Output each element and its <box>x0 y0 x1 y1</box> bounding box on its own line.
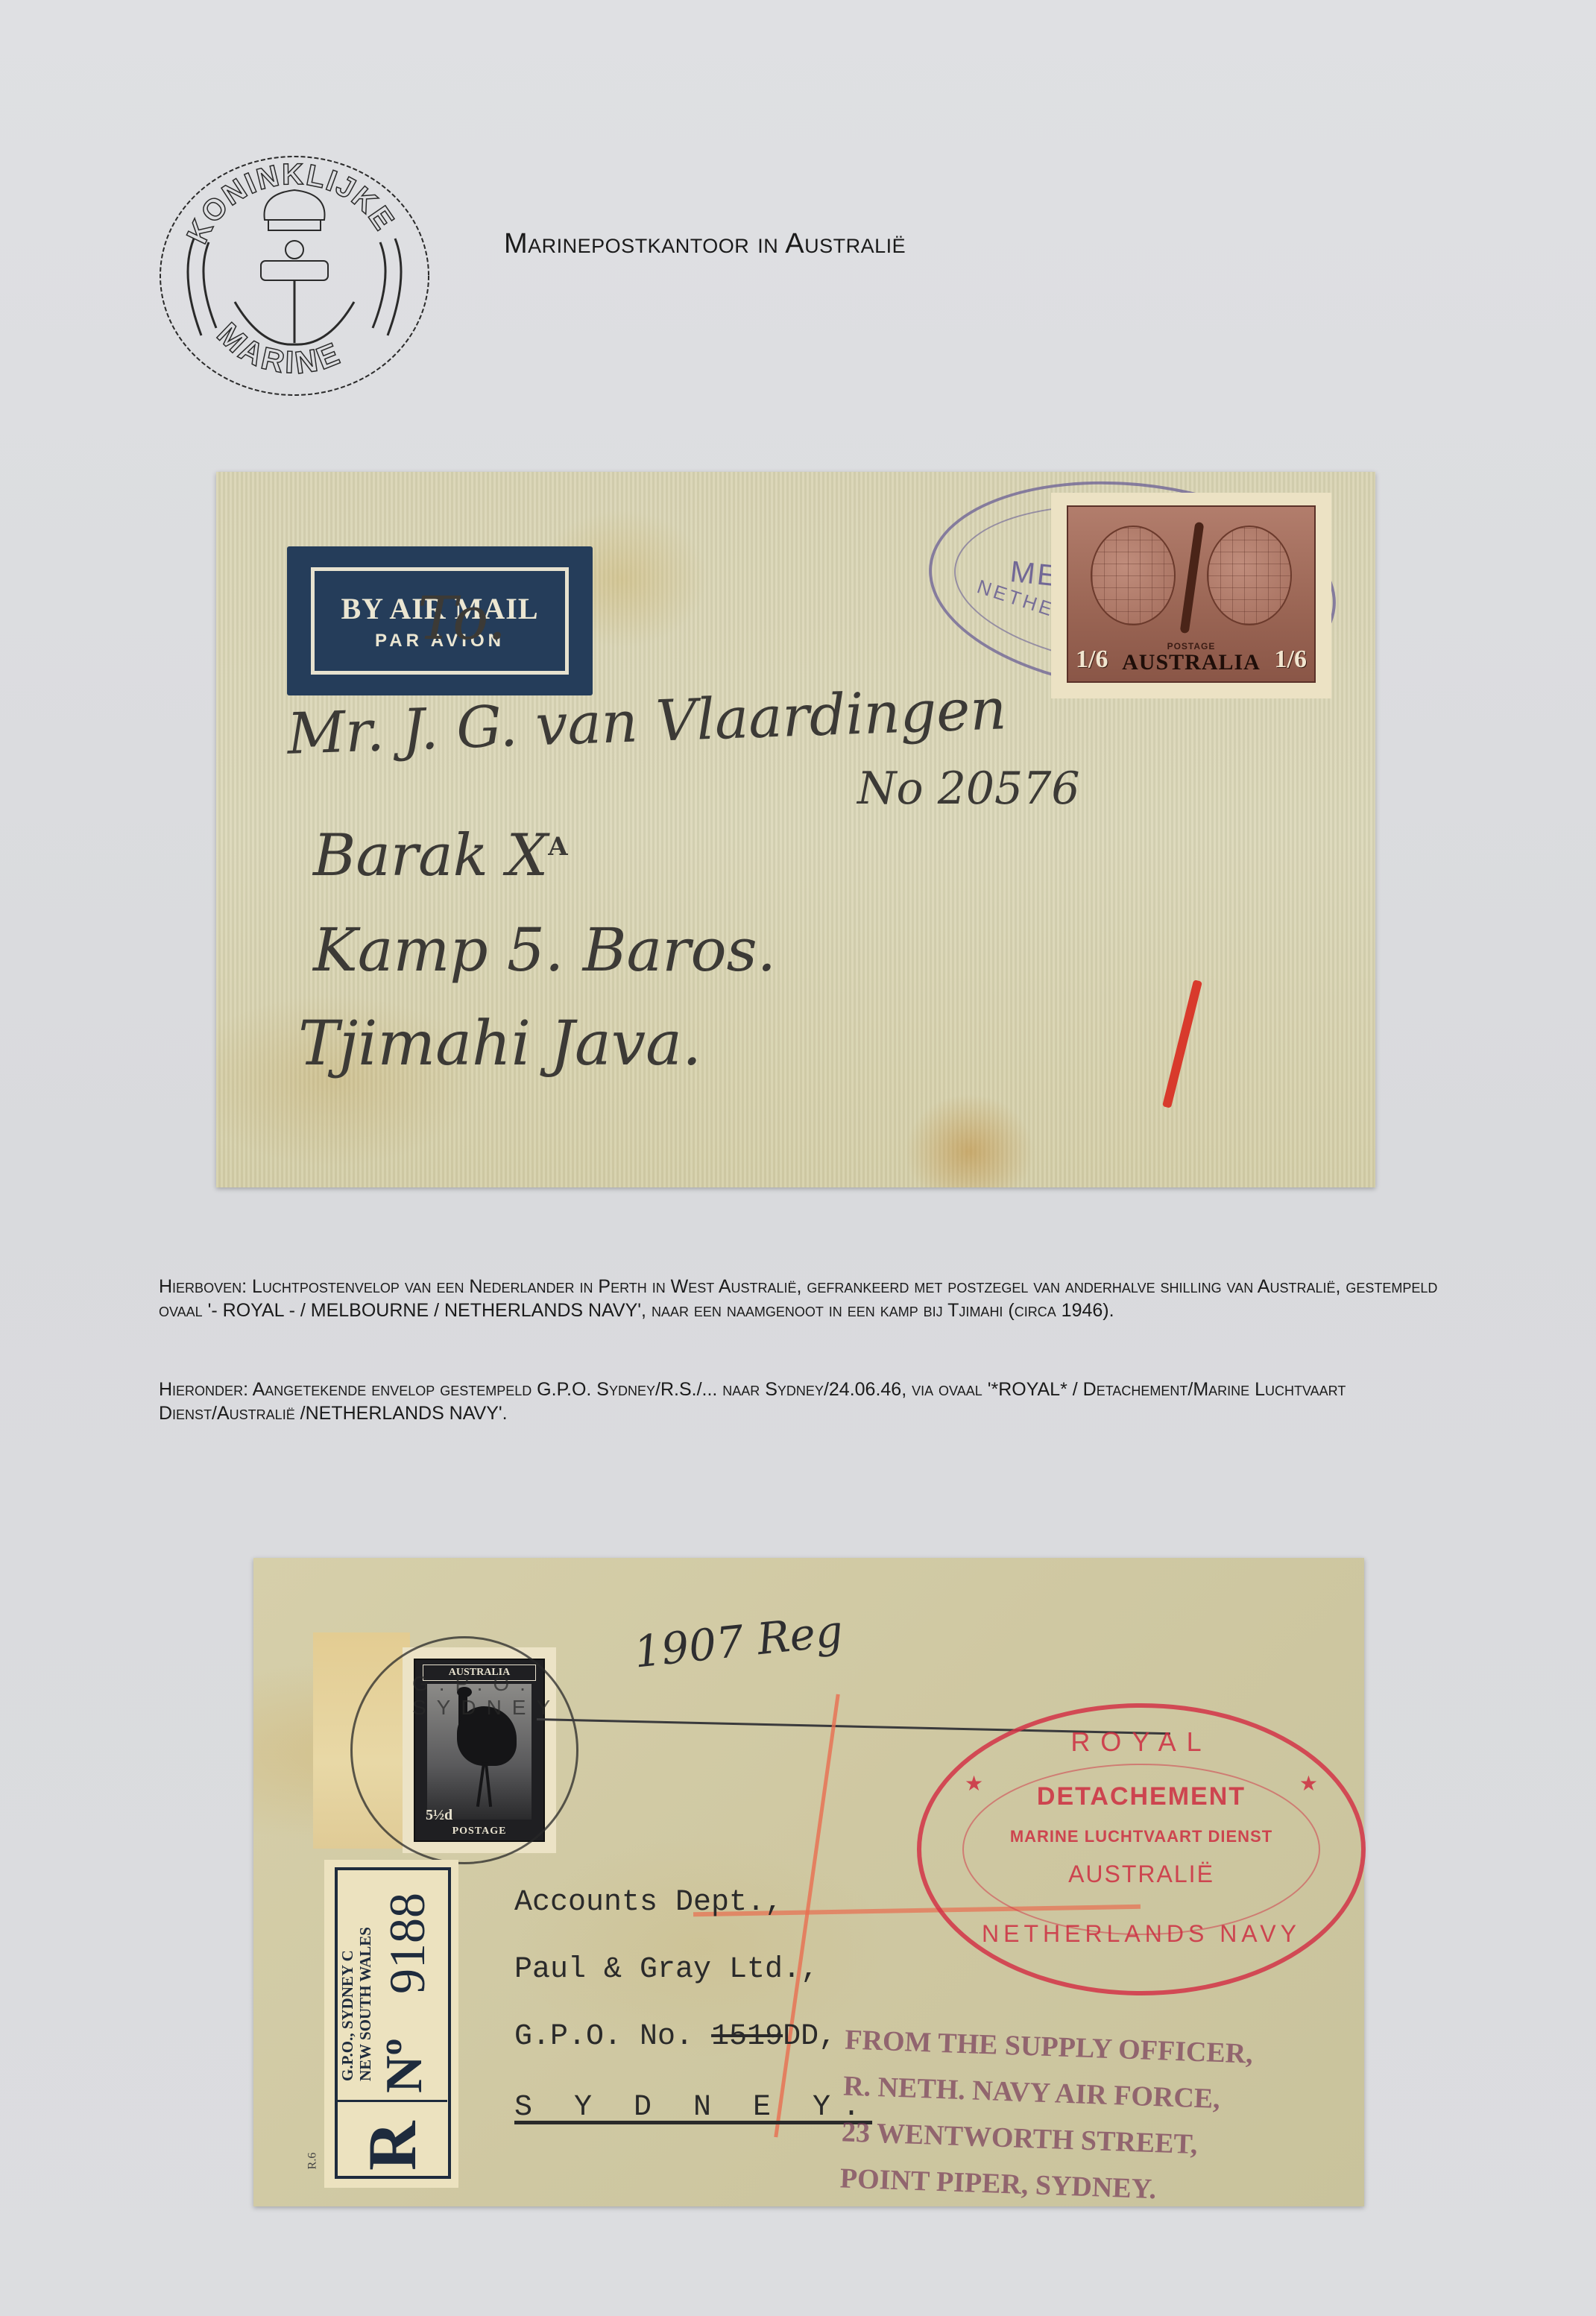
reg-no-prefix: Nº <box>379 2038 431 2093</box>
koninklijke-marine-emblem-icon: KONINKLIJKE MARINE <box>149 149 462 403</box>
svg-text:KONINKLIJKE: KONINKLIJKE <box>180 158 400 248</box>
gpo-no-struck: 1519 <box>711 2020 783 2054</box>
reg-state: NEW SOUTH WALES <box>356 1927 375 2081</box>
oval-detachement-text: DETACHEMENT <box>921 1782 1361 1811</box>
oval-australie-text: AUSTRALIË <box>921 1861 1361 1888</box>
album-page: KONINKLIJKE MARINE Marinepostkantoor in … <box>0 0 1596 2316</box>
address-barak-sup: A <box>548 832 567 862</box>
stamp-country-text: AUSTRALIA <box>1068 650 1314 675</box>
caption-above: Hierboven: Luchtpostenvelop van een Nede… <box>159 1275 1441 1322</box>
return-address-handstamp: FROM THE SUPPLY OFFICER, R. NETH. NAVY A… <box>839 2017 1254 2216</box>
registration-label: R Nº G.P.O., SYDNEY C NEW SOUTH WALES 91… <box>324 1860 458 2188</box>
airmail-cover: BY AIR MAIL PAR AVION ROYAL MELBOURNE NE… <box>216 472 1375 1187</box>
royal-detachement-oval-cancel: ROYAL ★ ★ DETACHEMENT MARINE LUCHTVAART … <box>917 1703 1366 1995</box>
typed-address-line3: G.P.O. No. 1519DD, <box>514 2020 836 2054</box>
typed-address-line2: Paul & Gray Ltd., <box>514 1953 818 1987</box>
reg-office: G.P.O., SYDNEY C <box>338 1950 357 2081</box>
address-barak: Barak XA <box>313 822 568 889</box>
address-number: No 20576 <box>857 763 1080 815</box>
oval-mld-text: MARINE LUCHTVAART DIENST <box>921 1827 1361 1846</box>
reg-number: 9188 <box>382 1893 432 1994</box>
gpo-no-suffix: DD, <box>783 2020 836 2054</box>
address-city: Tjimahi Java. <box>298 1009 701 1079</box>
emblem-top-text: KONINKLIJKE <box>180 158 400 248</box>
svg-text:MARINE: MARINE <box>210 316 347 381</box>
postmark-text: G.P.O. SYDNEY <box>412 1672 576 1720</box>
oval-netherlands-navy-text: NETHERLANDS NAVY <box>921 1920 1361 1948</box>
gpo-sydney-postmark: G.P.O. SYDNEY <box>350 1636 578 1864</box>
mercury-globes-stamp-icon: 1/6 1/6 POSTAGE AUSTRALIA <box>1051 493 1331 698</box>
red-crayon-cross-vertical <box>774 1694 839 2138</box>
oval-royal-text: ROYAL <box>921 1726 1361 1758</box>
gpo-no-prefix: G.P.O. No. <box>514 2020 693 2054</box>
registered-cover: AUSTRALIA 5½d POSTAGE G.P.O. SYDNEY 1907… <box>253 1558 1364 2206</box>
reg-form-code: R.6 <box>306 2153 319 2170</box>
reg-letter: R <box>358 2121 426 2171</box>
typed-address-city: S Y D N E Y. <box>514 2091 872 2124</box>
caption-below: Hieronder: Aangetekende envelop gestempe… <box>159 1378 1441 1425</box>
address-barak-text: Barak X <box>313 822 548 889</box>
page-title: Marinepostkantoor in Australië <box>504 228 906 260</box>
typed-address-line1: Accounts Dept., <box>514 1886 783 1919</box>
red-crayon-mark <box>1162 979 1202 1108</box>
address-to: To. <box>417 584 506 653</box>
address-kamp: Kamp 5. Baros. <box>313 915 776 985</box>
handwritten-reg-note: 1907 Reg <box>631 1605 845 1677</box>
emblem-bottom-text: MARINE <box>210 316 347 381</box>
